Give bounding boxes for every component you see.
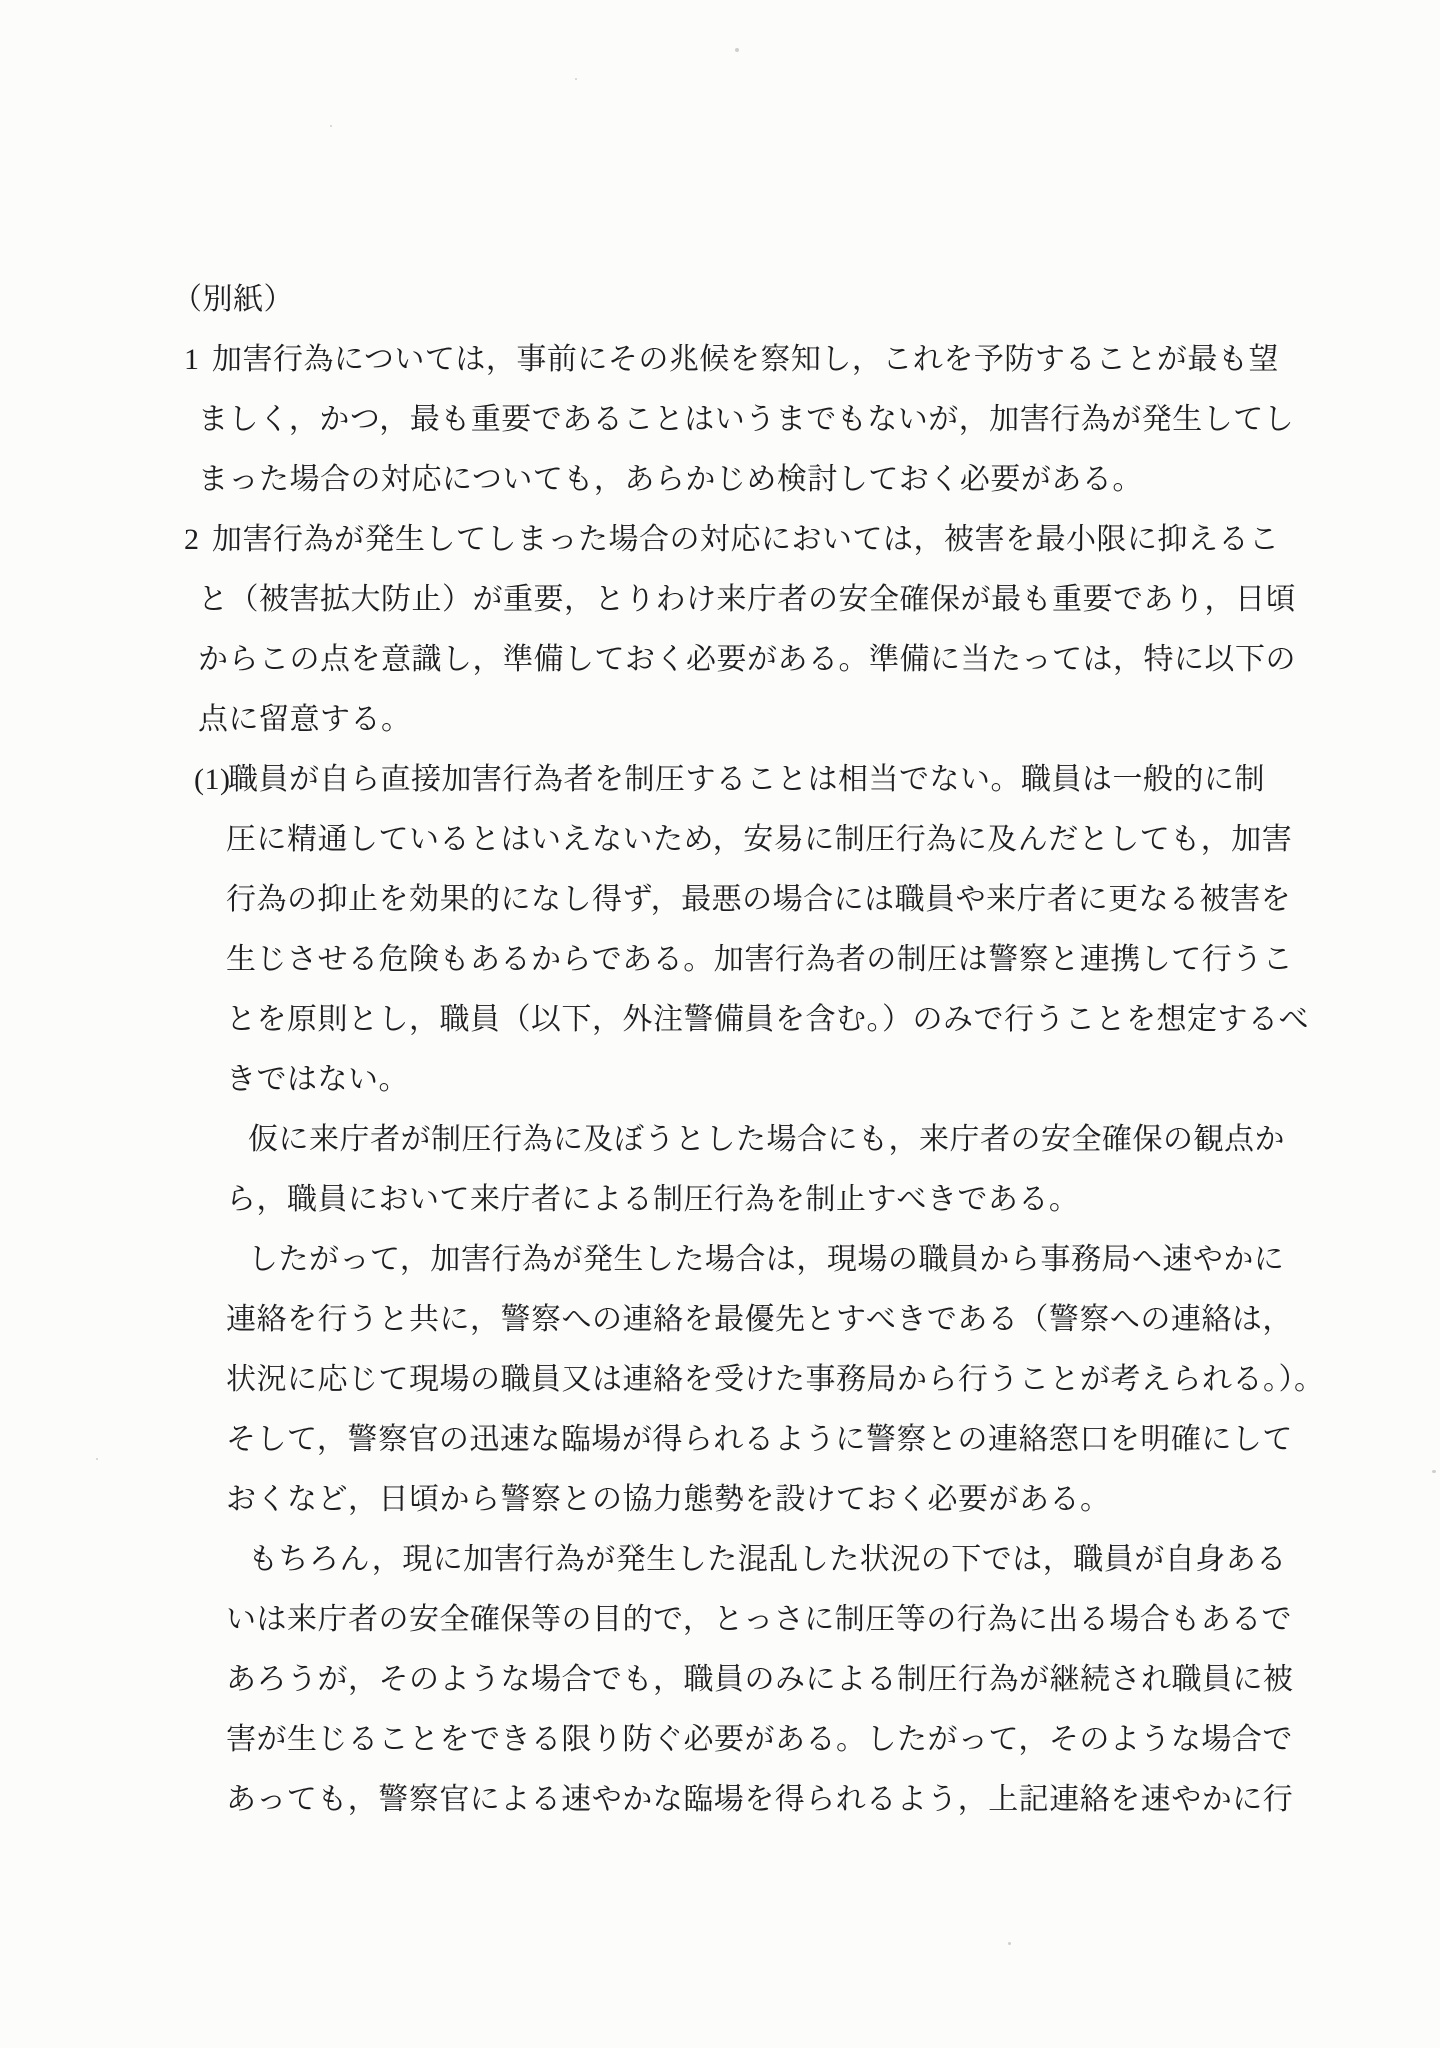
text-line: 加害行為については，事前にその兆候を察知し，これを予防することが最も望 <box>212 343 1279 376</box>
list-number-paren-1: (1) <box>170 750 228 810</box>
text-line: 連絡を行うと共に，警察への連絡を最優先とすべきである（警察への連絡は， <box>226 1303 1293 1336</box>
subitem-1-line: 圧に精通しているとはいえないため，安易に制圧行為に及んだとしても，加害 <box>170 810 1390 870</box>
text-line: おくなど，日頃から警察との協力態勢を設けておく必要がある。 <box>226 1483 1111 1516</box>
item-1-line: まった場合の対応についても，あらかじめ検討しておく必要がある。 <box>170 450 1390 510</box>
attachment-label-text: （別紙） <box>172 283 294 316</box>
text-line: ら，職員において来庁者による制圧行為を制止すべきである。 <box>226 1183 1079 1216</box>
subitem-1-line: とを原則とし，職員（以下，外注警備員を含む。）のみで行うことを想定するべ <box>170 990 1390 1050</box>
item-2-line: からこの点を意識し，準備しておく必要がある。準備に当たっては，特に以下の <box>170 630 1390 690</box>
list-number-2: 2 <box>170 510 212 570</box>
text-line: ましく，かつ，最も重要であることはいうまでもないが，加害行為が発生してし <box>198 403 1294 436</box>
text-line: 圧に精通しているとはいえないため，安易に制圧行為に及んだとしても，加害 <box>226 823 1292 856</box>
document-body: （別紙） 1加害行為については，事前にその兆候を察知し，これを予防することが最も… <box>170 270 1390 1830</box>
subitem-1-paragraph-line: あろうが，そのような場合でも，職員のみによる制圧行為が継続され職員に被 <box>170 1650 1390 1710</box>
subitem-1-paragraph-line: 連絡を行うと共に，警察への連絡を最優先とすべきである（警察への連絡は， <box>170 1290 1390 1350</box>
text-line: まった場合の対応についても，あらかじめ検討しておく必要がある。 <box>198 463 1143 496</box>
text-line: あろうが，そのような場合でも，職員のみによる制圧行為が継続され職員に被 <box>226 1663 1294 1696</box>
list-number-1: 1 <box>170 330 212 390</box>
subitem-1-line: 行為の抑止を効果的になし得ず，最悪の場合には職員や来庁者に更なる被害を <box>170 870 1390 930</box>
item-2-line: 2加害行為が発生してしまった場合の対応においては，被害を最小限に抑えるこ <box>170 510 1390 570</box>
subitem-1-paragraph-line: そして，警察官の迅速な臨場が得られるように警察との連絡窓口を明確にして <box>170 1410 1390 1470</box>
scan-artifact <box>96 1458 98 1460</box>
scan-artifact <box>735 48 739 52</box>
text-line: 行為の抑止を効果的になし得ず，最悪の場合には職員や来庁者に更なる被害を <box>226 883 1291 916</box>
item-1-line: 1加害行為については，事前にその兆候を察知し，これを予防することが最も望 <box>170 330 1390 390</box>
subitem-1-line: 生じさせる危険もあるからである。加害行為者の制圧は警察と連携して行うこ <box>170 930 1390 990</box>
subitem-1-paragraph-line: もちろん，現に加害行為が発生した混乱した状況の下では，職員が自身ある <box>170 1530 1390 1590</box>
subitem-1-paragraph-line: あっても，警察官による速やかな臨場を得られるよう，上記連絡を速やかに行 <box>170 1770 1390 1830</box>
item-1-line: ましく，かつ，最も重要であることはいうまでもないが，加害行為が発生してし <box>170 390 1390 450</box>
subitem-1-paragraph-line: 害が生じることをできる限り防ぐ必要がある。したがって，そのような場合で <box>170 1710 1390 1770</box>
subitem-1-line: きではない。 <box>170 1050 1390 1110</box>
text-line: 生じさせる危険もあるからである。加害行為者の制圧は警察と連携して行うこ <box>226 943 1293 976</box>
text-line: もちろん，現に加害行為が発生した混乱した状況の下では，職員が自身ある <box>248 1543 1287 1576</box>
text-line: と（被害拡大防止）が重要，とりわけ来庁者の安全確保が最も重要であり，日頃 <box>198 583 1296 616</box>
text-line: 職員が自ら直接加害行為者を制圧することは相当でない。職員は一般的に制 <box>228 763 1265 796</box>
text-line: いは来庁者の安全確保等の目的で，とっさに制圧等の行為に出る場合もあるで <box>226 1603 1292 1636</box>
text-line: 加害行為が発生してしまった場合の対応においては，被害を最小限に抑えるこ <box>212 523 1280 556</box>
subitem-1-paragraph-line: したがって，加害行為が発生した場合は，現場の職員から事務局へ速やかに <box>170 1230 1390 1290</box>
text-line: とを原則とし，職員（以下，外注警備員を含む。）のみで行うことを想定するべ <box>226 1003 1309 1036</box>
attachment-label: （別紙） <box>170 270 1390 330</box>
subitem-1-paragraph-line: いは来庁者の安全確保等の目的で，とっさに制圧等の行為に出る場合もあるで <box>170 1590 1390 1650</box>
scan-artifact <box>575 78 577 80</box>
item-2-line: と（被害拡大防止）が重要，とりわけ来庁者の安全確保が最も重要であり，日頃 <box>170 570 1390 630</box>
text-line: 状況に応じて現場の職員又は連絡を受けた事務局から行うことが考えられる。）。 <box>226 1363 1325 1396</box>
subitem-1-paragraph-line: 仮に来庁者が制圧行為に及ぼうとした場合にも，来庁者の安全確保の観点か <box>170 1110 1390 1170</box>
scanned-document-page: （別紙） 1加害行為については，事前にその兆候を察知し，これを予防することが最も… <box>0 0 1440 2048</box>
text-line: あっても，警察官による速やかな臨場を得られるよう，上記連絡を速やかに行 <box>226 1783 1293 1816</box>
text-line: 点に留意する。 <box>198 703 412 736</box>
text-line: 仮に来庁者が制圧行為に及ぼうとした場合にも，来庁者の安全確保の観点か <box>248 1123 1285 1156</box>
item-2-line: 点に留意する。 <box>170 690 1390 750</box>
subitem-1-paragraph-line: 状況に応じて現場の職員又は連絡を受けた事務局から行うことが考えられる。）。 <box>170 1350 1390 1410</box>
subitem-1-paragraph-line: ら，職員において来庁者による制圧行為を制止すべきである。 <box>170 1170 1390 1230</box>
text-line: 害が生じることをできる限り防ぐ必要がある。したがって，そのような場合で <box>226 1723 1293 1756</box>
text-line: そして，警察官の迅速な臨場が得られるように警察との連絡窓口を明確にして <box>226 1423 1293 1456</box>
scan-artifact <box>330 125 332 127</box>
scan-artifact <box>1432 1470 1436 1473</box>
scan-artifact <box>1008 1942 1011 1945</box>
text-line: からこの点を意識し，準備しておく必要がある。準備に当たっては，特に以下の <box>198 643 1296 676</box>
text-line: したがって，加害行為が発生した場合は，現場の職員から事務局へ速やかに <box>248 1243 1284 1276</box>
text-line: きではない。 <box>226 1063 409 1096</box>
subitem-1-paragraph-line: おくなど，日頃から警察との協力態勢を設けておく必要がある。 <box>170 1470 1390 1530</box>
subitem-1-line: (1)職員が自ら直接加害行為者を制圧することは相当でない。職員は一般的に制 <box>170 750 1390 810</box>
